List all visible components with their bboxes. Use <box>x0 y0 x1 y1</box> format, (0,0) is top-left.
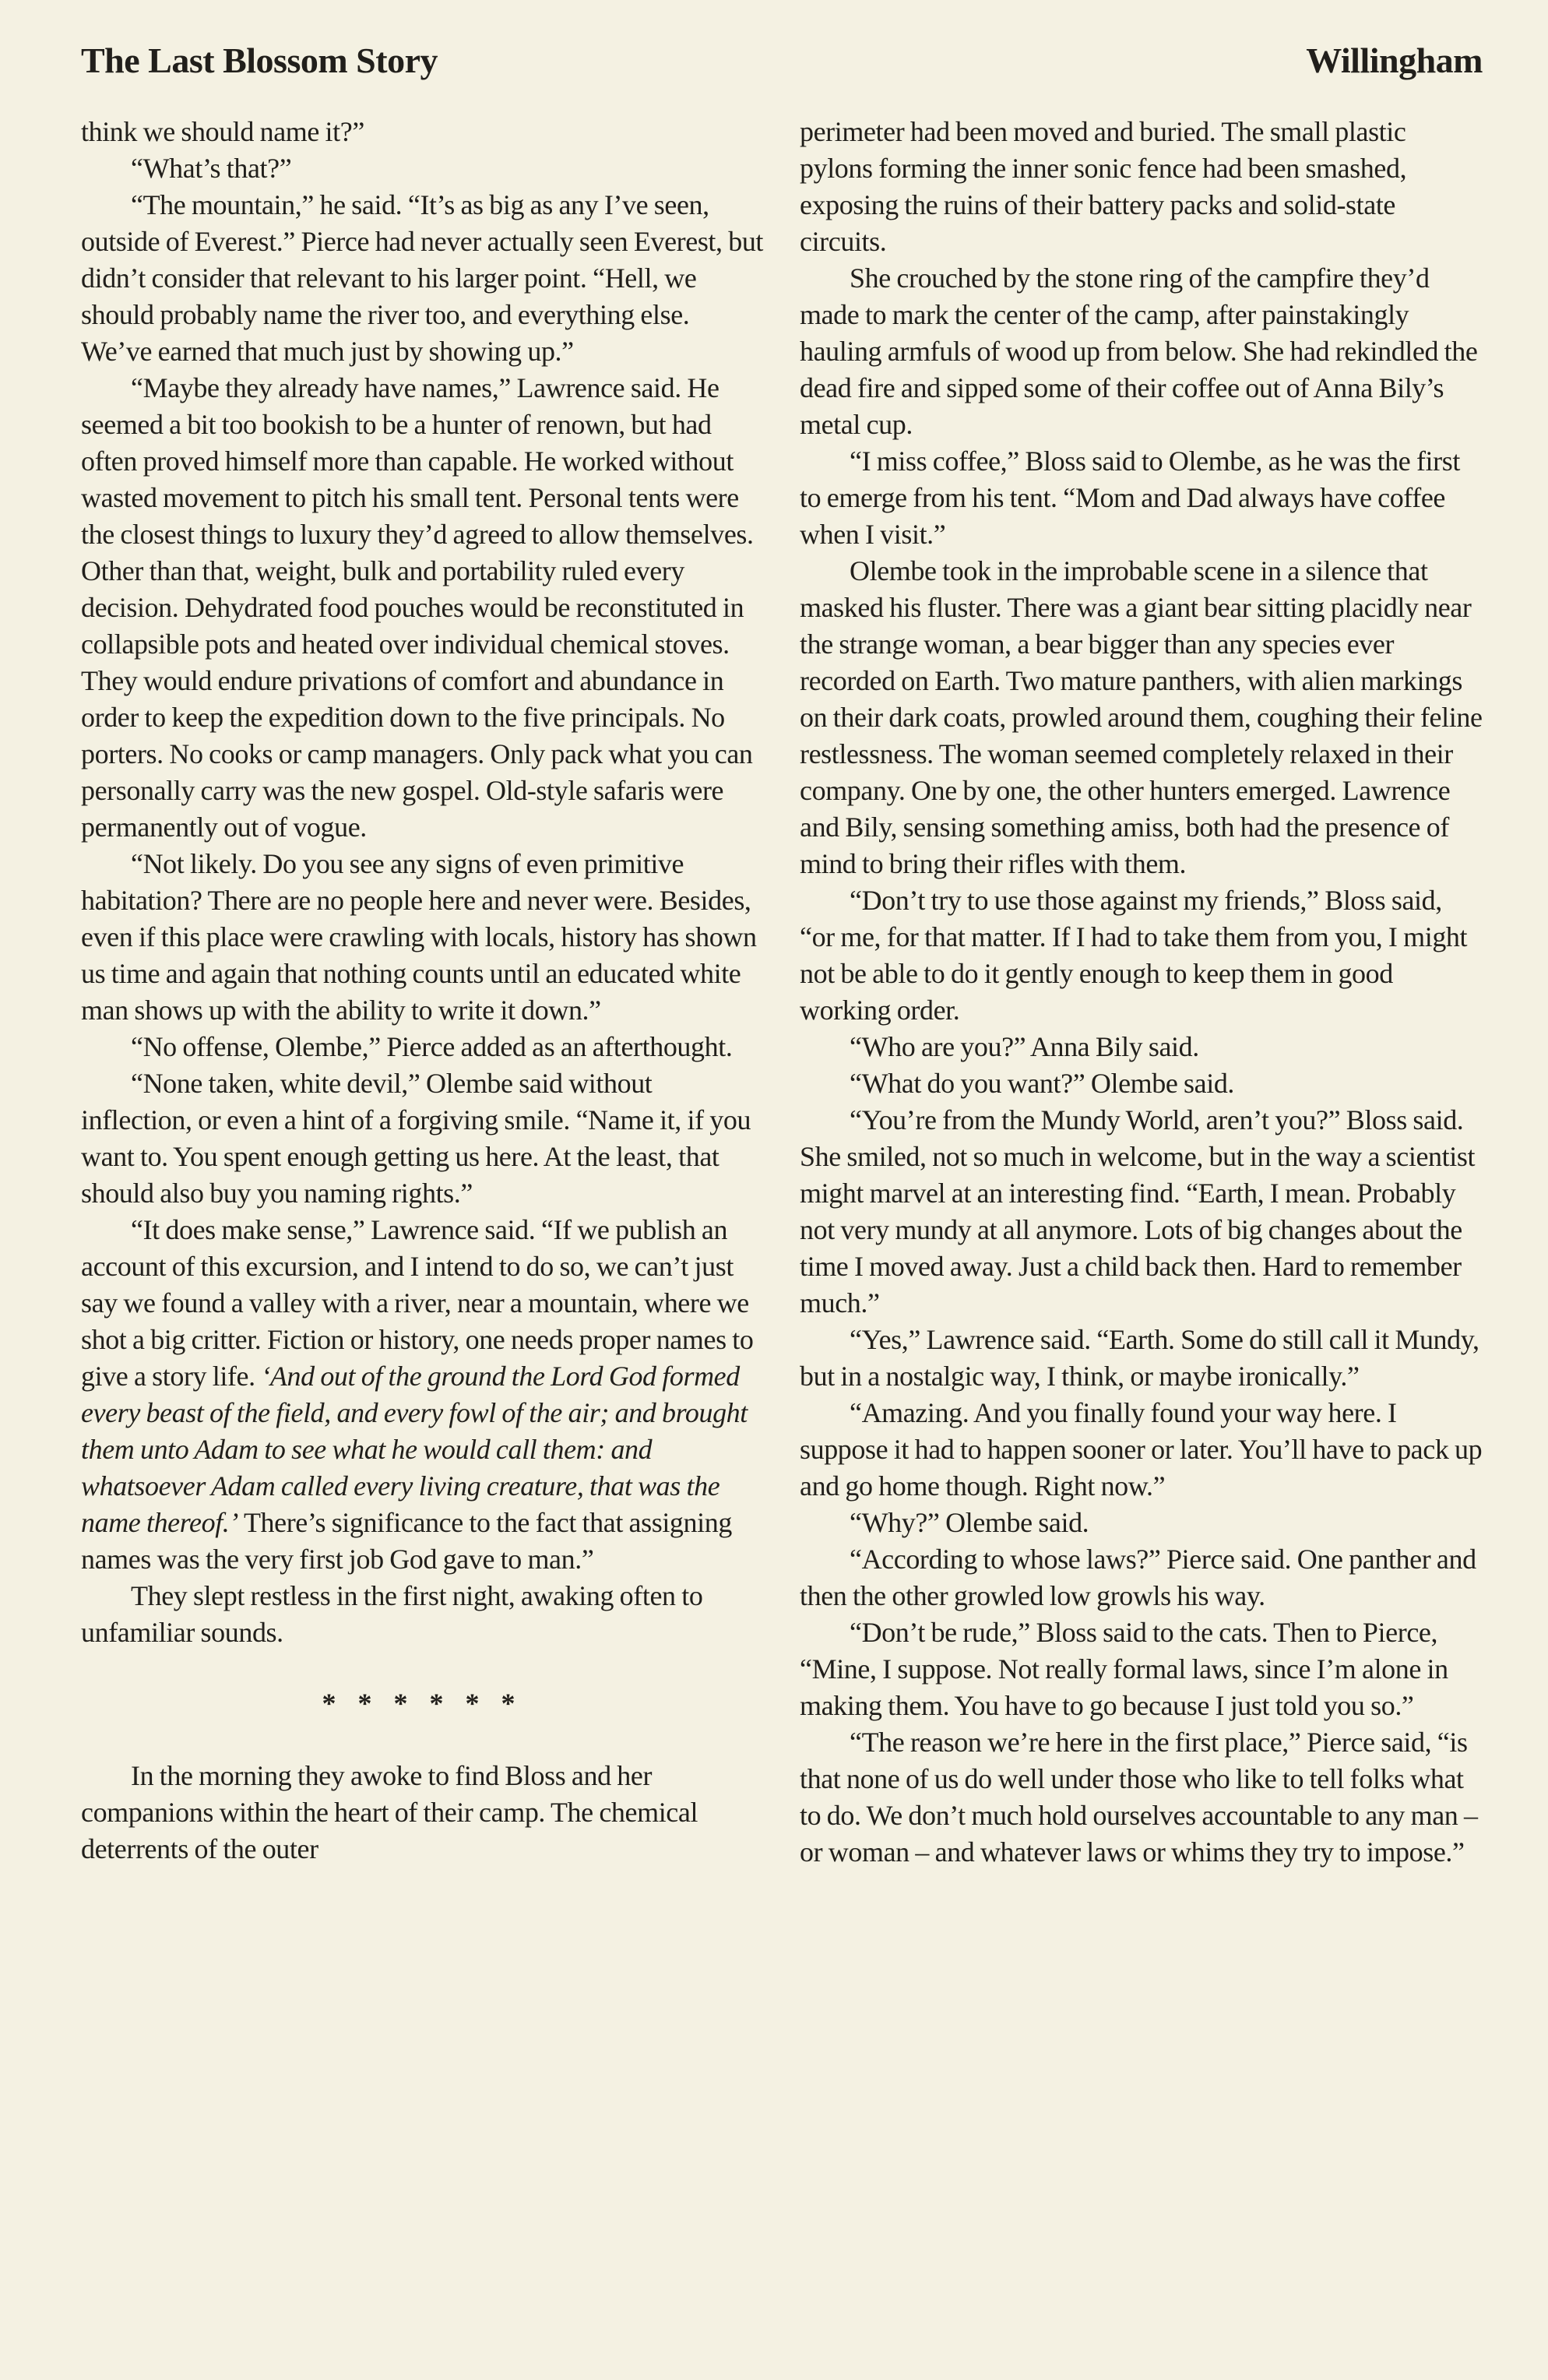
paragraph: “Don’t be rude,” Bloss said to the cats.… <box>800 1614 1483 1724</box>
paragraph: She crouched by the stone ring of the ca… <box>800 260 1483 443</box>
body-text-segment: “According to whose laws?” Pierce said. … <box>800 1544 1476 1611</box>
story-title: The Last Blossom Story <box>81 40 438 81</box>
text-columns: think we should name it?”“What’s that?”“… <box>81 114 1483 1871</box>
body-text-segment: They slept restless in the first night, … <box>81 1580 702 1648</box>
paragraph: “Maybe they already have names,” Lawrenc… <box>81 370 764 846</box>
paragraph: “Why?” Olembe said. <box>800 1505 1483 1541</box>
body-text-segment: She crouched by the stone ring of the ca… <box>800 262 1477 440</box>
body-text-segment: “The reason we’re here in the first plac… <box>800 1727 1478 1868</box>
story-author: Willingham <box>1306 40 1483 81</box>
paragraph: “Amazing. And you finally found your way… <box>800 1395 1483 1505</box>
body-text-segment: “No offense, Olembe,” Pierce added as an… <box>131 1031 732 1062</box>
paragraph: “I miss coffee,” Bloss said to Olembe, a… <box>800 443 1483 553</box>
body-text-segment: “The mountain,” he said. “It’s as big as… <box>81 189 763 367</box>
body-text-segment: “Don’t be rude,” Bloss said to the cats.… <box>800 1617 1448 1721</box>
body-text-segment: “Not likely. Do you see any signs of eve… <box>81 848 757 1026</box>
body-text-segment: “What’s that?” <box>131 153 291 184</box>
paragraph: “The reason we’re here in the first plac… <box>800 1724 1483 1871</box>
body-text-segment: “What do you want?” Olembe said. <box>850 1068 1234 1099</box>
paragraph: “According to whose laws?” Pierce said. … <box>800 1541 1483 1614</box>
body-text-segment: “I miss coffee,” Bloss said to Olembe, a… <box>800 445 1460 550</box>
body-text-segment: “Don’t try to use those against my frien… <box>800 885 1467 1026</box>
paragraph: “It does make sense,” Lawrence said. “If… <box>81 1212 764 1578</box>
body-text-segment: “None taken, white devil,” Olembe said w… <box>81 1068 751 1209</box>
paragraph: “Who are you?” Anna Bily said. <box>800 1029 1483 1065</box>
body-text-segment: “Who are you?” Anna Bily said. <box>850 1031 1199 1062</box>
left-column: think we should name it?”“What’s that?”“… <box>81 114 764 1871</box>
body-text-segment: perimeter had been moved and buried. The… <box>800 116 1406 257</box>
paragraph: perimeter had been moved and buried. The… <box>800 114 1483 260</box>
body-text-segment: “Amazing. And you finally found your way… <box>800 1397 1482 1502</box>
paragraph: think we should name it?” <box>81 114 764 150</box>
right-column: perimeter had been moved and buried. The… <box>800 114 1483 1871</box>
body-text-segment: “Why?” Olembe said. <box>850 1507 1089 1538</box>
paragraph: “What’s that?” <box>81 150 764 187</box>
paragraph: In the morning they awoke to find Bloss … <box>81 1758 764 1868</box>
body-text-segment: “Yes,” Lawrence said. “Earth. Some do st… <box>800 1324 1479 1392</box>
body-text-segment: think we should name it?” <box>81 116 364 147</box>
page-header: The Last Blossom Story Willingham <box>81 40 1483 81</box>
paragraph: “Not likely. Do you see any signs of eve… <box>81 846 764 1029</box>
section-separator: * * * * * * <box>81 1685 764 1722</box>
paragraph: “Don’t try to use those against my frien… <box>800 882 1483 1029</box>
body-text-segment: “You’re from the Mundy World, aren’t you… <box>800 1104 1475 1319</box>
story-page: The Last Blossom Story Willingham think … <box>0 0 1548 2380</box>
paragraph: “What do you want?” Olembe said. <box>800 1065 1483 1102</box>
body-text-segment: Olembe took in the improbable scene in a… <box>800 555 1483 879</box>
paragraph: Olembe took in the improbable scene in a… <box>800 553 1483 882</box>
body-text-segment: “Maybe they already have names,” Lawrenc… <box>81 372 754 843</box>
body-text-segment: In the morning they awoke to find Bloss … <box>81 1760 698 1864</box>
paragraph: They slept restless in the first night, … <box>81 1578 764 1651</box>
paragraph: “The mountain,” he said. “It’s as big as… <box>81 187 764 370</box>
paragraph: “You’re from the Mundy World, aren’t you… <box>800 1102 1483 1322</box>
paragraph: “No offense, Olembe,” Pierce added as an… <box>81 1029 764 1065</box>
paragraph: “None taken, white devil,” Olembe said w… <box>81 1065 764 1212</box>
book-page-background: { "header": { "title": "The Last Blossom… <box>0 0 1548 2380</box>
paragraph: “Yes,” Lawrence said. “Earth. Some do st… <box>800 1322 1483 1395</box>
